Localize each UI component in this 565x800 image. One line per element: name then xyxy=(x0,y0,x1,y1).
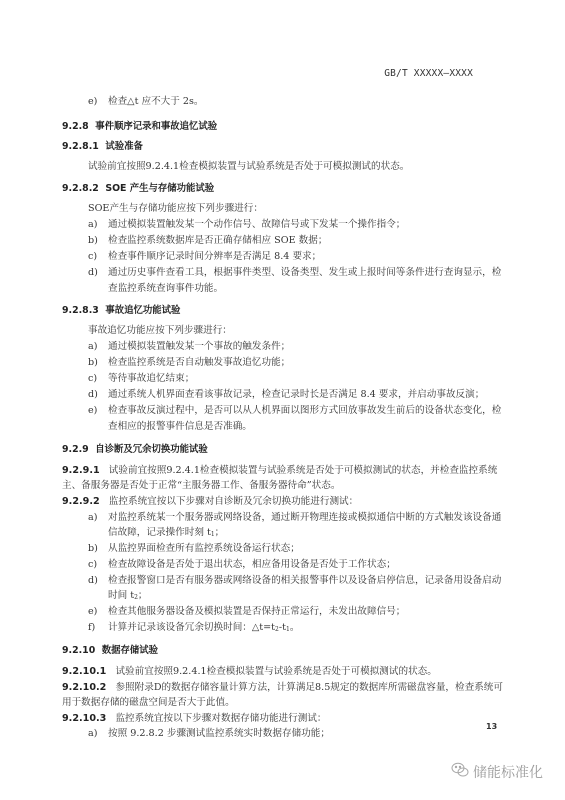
watermark: 储能标准化 xyxy=(451,762,543,782)
section-number: 9.2.10 xyxy=(62,645,95,656)
list-label: b) xyxy=(88,235,108,247)
list-item: e)检查△t 应不大于 2s。 xyxy=(88,96,204,108)
page-number: 13 xyxy=(486,722,497,731)
list-label: b) xyxy=(88,543,108,555)
section-heading-9-2-8-1: 9.2.8.1 试验准备 xyxy=(62,141,143,153)
list-text: 检查事故反演过程中，是否可以从人机界面以图形方式回放事故发生前后的设备状态变化，… xyxy=(108,405,501,416)
list-label: d) xyxy=(88,575,108,587)
section-heading-9-2-9: 9.2.9 自诊断及冗余切换功能试验 xyxy=(62,444,208,456)
clause-9-2-9-1: 9.2.9.1 试验前宜按照9.2.4.1检查模拟装置与试验系统是否处于可模拟测… xyxy=(62,465,497,477)
list-item-continuation: 查监控系统查询事件功能。 xyxy=(108,283,223,295)
clause-text: 监控系统宜按以下步骤对数据存储功能进行测试： xyxy=(115,713,326,724)
section-number: 9.2.9 xyxy=(62,444,89,455)
wechat-icon xyxy=(451,762,469,782)
section-heading-9-2-8-3: 9.2.8.3 事故追忆功能试验 xyxy=(62,305,180,317)
list-text: 通过模拟装置触发某一个动作信号、故障信号或下发某一个操作指令； xyxy=(108,219,405,230)
list-text: 检查监控系统是否自动触发事故追忆功能； xyxy=(108,357,290,368)
clause-number: 9.2.10.1 xyxy=(62,666,106,678)
list-label: a) xyxy=(88,219,108,231)
clause-9-2-10-3: 9.2.10.3 监控系统宜按以下步骤对数据存储功能进行测试： xyxy=(62,713,327,725)
list-item: c)检查事件顺序记录时间分辨率是否满足 8.4 要求； xyxy=(88,251,321,263)
section-heading-9-2-10: 9.2.10 数据存储试验 xyxy=(62,645,158,657)
list-item: e)检查其他服务器设备及模拟装置是否保持正常运行，未发出故障信号； xyxy=(88,606,405,618)
list-text: 检查故障设备是否处于退出状态，相应备用设备是否处于工作状态； xyxy=(108,559,396,570)
clause-number: 9.2.10.2 xyxy=(62,682,106,694)
section-title: 事件顺序记录和事故追忆试验 xyxy=(95,121,217,132)
clause-number: 9.2.9.1 xyxy=(62,465,100,477)
list-item: b)检查监控系统数据库是否正确存储相应 SOE 数据； xyxy=(88,235,327,247)
list-label: d) xyxy=(88,267,108,279)
list-label: b) xyxy=(88,357,108,369)
section-heading-9-2-8: 9.2.8 事件顺序记录和事故追忆试验 xyxy=(62,121,217,133)
list-label: c) xyxy=(88,373,108,385)
clause-text: 试验前宜按照9.2.4.1检查模拟装置与试验系统是否处于可模拟测试的状态。 xyxy=(115,666,436,677)
standard-code-header: GB/T XXXXX—XXXX xyxy=(384,68,473,79)
list-item-continuation: 查相应的报警事件信息是否准确。 xyxy=(108,421,252,433)
section-number: 9.2.8.1 xyxy=(62,141,99,152)
section-number: 9.2.8.2 xyxy=(62,183,99,194)
section-title: 试验准备 xyxy=(105,141,143,152)
clause-continuation: 主、备服务器是否处于正常“主服务器工作、备服务器待命”状态。 xyxy=(62,480,340,492)
list-text: 通过系统人机界面查看该事故记录，检查记录时长是否满足 8.4 要求，并启动事故反… xyxy=(108,389,484,400)
list-item: b)检查监控系统是否自动触发事故追忆功能； xyxy=(88,357,290,369)
list-item: a)通过模拟装置触发某一个动作信号、故障信号或下发某一个操作指令； xyxy=(88,219,405,231)
list-text: 对监控系统某一个服务器或网络设备，通过断开物理连接或模拟通信中断的方式触发该设备… xyxy=(108,512,501,523)
section-title: 自诊断及冗余切换功能试验 xyxy=(95,444,208,455)
list-text: 检查报警窗口是否有服务器或网络设备的相关报警事件以及设备启停信息，记录备用设备启… xyxy=(108,575,501,586)
list-item-continuation: 时间 t2； xyxy=(108,590,148,604)
punctuation: ； xyxy=(138,590,148,601)
list-item: c)等待事故追忆结束； xyxy=(88,373,194,385)
list-item: a)通过模拟装置触发某一个事故的触发条件； xyxy=(88,341,290,353)
clause-text: 参照附录D的数据存储容量计算方法，计算满足8.5规定的数据库所需磁盘容量，检查系… xyxy=(115,682,503,693)
list-label: a) xyxy=(88,341,108,353)
clause-continuation: 用于数据存储的磁盘空间是否大于此值。 xyxy=(62,697,235,709)
clause-number: 9.2.10.3 xyxy=(62,713,106,725)
formula-part: -t xyxy=(279,622,286,633)
list-text: 计算并记录该设备冗余切换时间：△t=t xyxy=(108,622,275,633)
list-item: d)通过系统人机界面查看该事故记录，检查记录时长是否满足 8.4 要求，并启动事… xyxy=(88,389,484,401)
section-number: 9.2.8 xyxy=(62,121,89,132)
list-label: c) xyxy=(88,559,108,571)
section-heading-9-2-8-2: 9.2.8.2 SOE 产生与存储功能试验 xyxy=(62,183,214,195)
punctuation: ； xyxy=(215,527,225,538)
list-item: d)检查报警窗口是否有服务器或网络设备的相关报警事件以及设备启停信息，记录备用设… xyxy=(88,575,501,587)
clause-number: 9.2.9.2 xyxy=(62,496,100,508)
clause-text: 试验前宜按照9.2.4.1检查模拟装置与试验系统是否处于可模拟测试的状态，并检查… xyxy=(109,465,498,476)
continuation-text: 时间 t xyxy=(108,590,134,601)
continuation-text: 信故障，记录操作时刻 t xyxy=(108,527,211,538)
list-item: a)对监控系统某一个服务器或网络设备，通过断开物理连接或模拟通信中断的方式触发该… xyxy=(88,512,501,524)
list-text: 从监控界面检查所有监控系统设备运行状态； xyxy=(108,543,300,554)
section-title: SOE 产生与存储功能试验 xyxy=(105,183,214,194)
list-text: 检查其他服务器设备及模拟装置是否保持正常运行，未发出故障信号； xyxy=(108,606,405,617)
section-number: 9.2.8.3 xyxy=(62,305,99,316)
list-label: e) xyxy=(88,606,108,618)
list-text: 检查监控系统数据库是否正确存储相应 SOE 数据； xyxy=(108,235,327,246)
list-label: a) xyxy=(88,512,108,524)
list-item: d)通过历史事件查看工具，根据事件类型、设备类型、发生或上报时间等条件进行查询显… xyxy=(88,267,501,279)
section-title: 数据存储试验 xyxy=(102,645,158,656)
paragraph: 试验前宜按照9.2.4.1检查模拟装置与试验系统是否处于可模拟测试的状态。 xyxy=(88,161,409,173)
list-label: f) xyxy=(88,622,108,634)
section-title: 事故追忆功能试验 xyxy=(105,305,180,316)
list-item: e)检查事故反演过程中，是否可以从人机界面以图形方式回放事故发生前后的设备状态变… xyxy=(88,405,501,417)
list-label: e) xyxy=(88,405,108,417)
clause-text: 监控系统宜按以下步骤对自诊断及冗余切换功能进行测试： xyxy=(109,496,358,507)
list-text: 等待事故追忆结束； xyxy=(108,373,194,384)
list-text: 检查事件顺序记录时间分辨率是否满足 8.4 要求； xyxy=(108,251,321,262)
list-text: 按照 9.2.8.2 步骤测试监控系统实时数据存储功能； xyxy=(108,728,330,739)
list-item: c)检查故障设备是否处于退出状态，相应备用设备是否处于工作状态； xyxy=(88,559,396,571)
watermark-text: 储能标准化 xyxy=(473,762,543,782)
clause-9-2-10-1: 9.2.10.1 试验前宜按照9.2.4.1检查模拟装置与试验系统是否处于可模拟… xyxy=(62,666,437,678)
list-label: d) xyxy=(88,389,108,401)
list-label: e) xyxy=(88,96,108,108)
list-label: a) xyxy=(88,728,108,740)
list-text: 检查△t 应不大于 2s。 xyxy=(108,96,204,107)
list-item: b)从监控界面检查所有监控系统设备运行状态； xyxy=(88,543,300,555)
list-text: 通过模拟装置触发某一个事故的触发条件； xyxy=(108,341,290,352)
paragraph: SOE产生与存储功能应按下列步骤进行： xyxy=(88,203,263,215)
clause-9-2-9-2: 9.2.9.2 监控系统宜按以下步骤对自诊断及冗余切换功能进行测试： xyxy=(62,496,358,508)
list-text: 通过历史事件查看工具，根据事件类型、设备类型、发生或上报时间等条件进行查询显示，… xyxy=(108,267,501,278)
punctuation: 。 xyxy=(290,622,300,633)
list-item-continuation: 信故障，记录操作时刻 t1； xyxy=(108,527,224,541)
paragraph: 事故追忆功能应按下列步骤进行： xyxy=(88,325,232,337)
list-item: a)按照 9.2.8.2 步骤测试监控系统实时数据存储功能； xyxy=(88,728,330,740)
clause-9-2-10-2: 9.2.10.2 参照附录D的数据存储容量计算方法，计算满足8.5规定的数据库所… xyxy=(62,682,503,694)
list-label: c) xyxy=(88,251,108,263)
list-item: f)计算并记录该设备冗余切换时间：△t=t2-t1。 xyxy=(88,622,299,636)
